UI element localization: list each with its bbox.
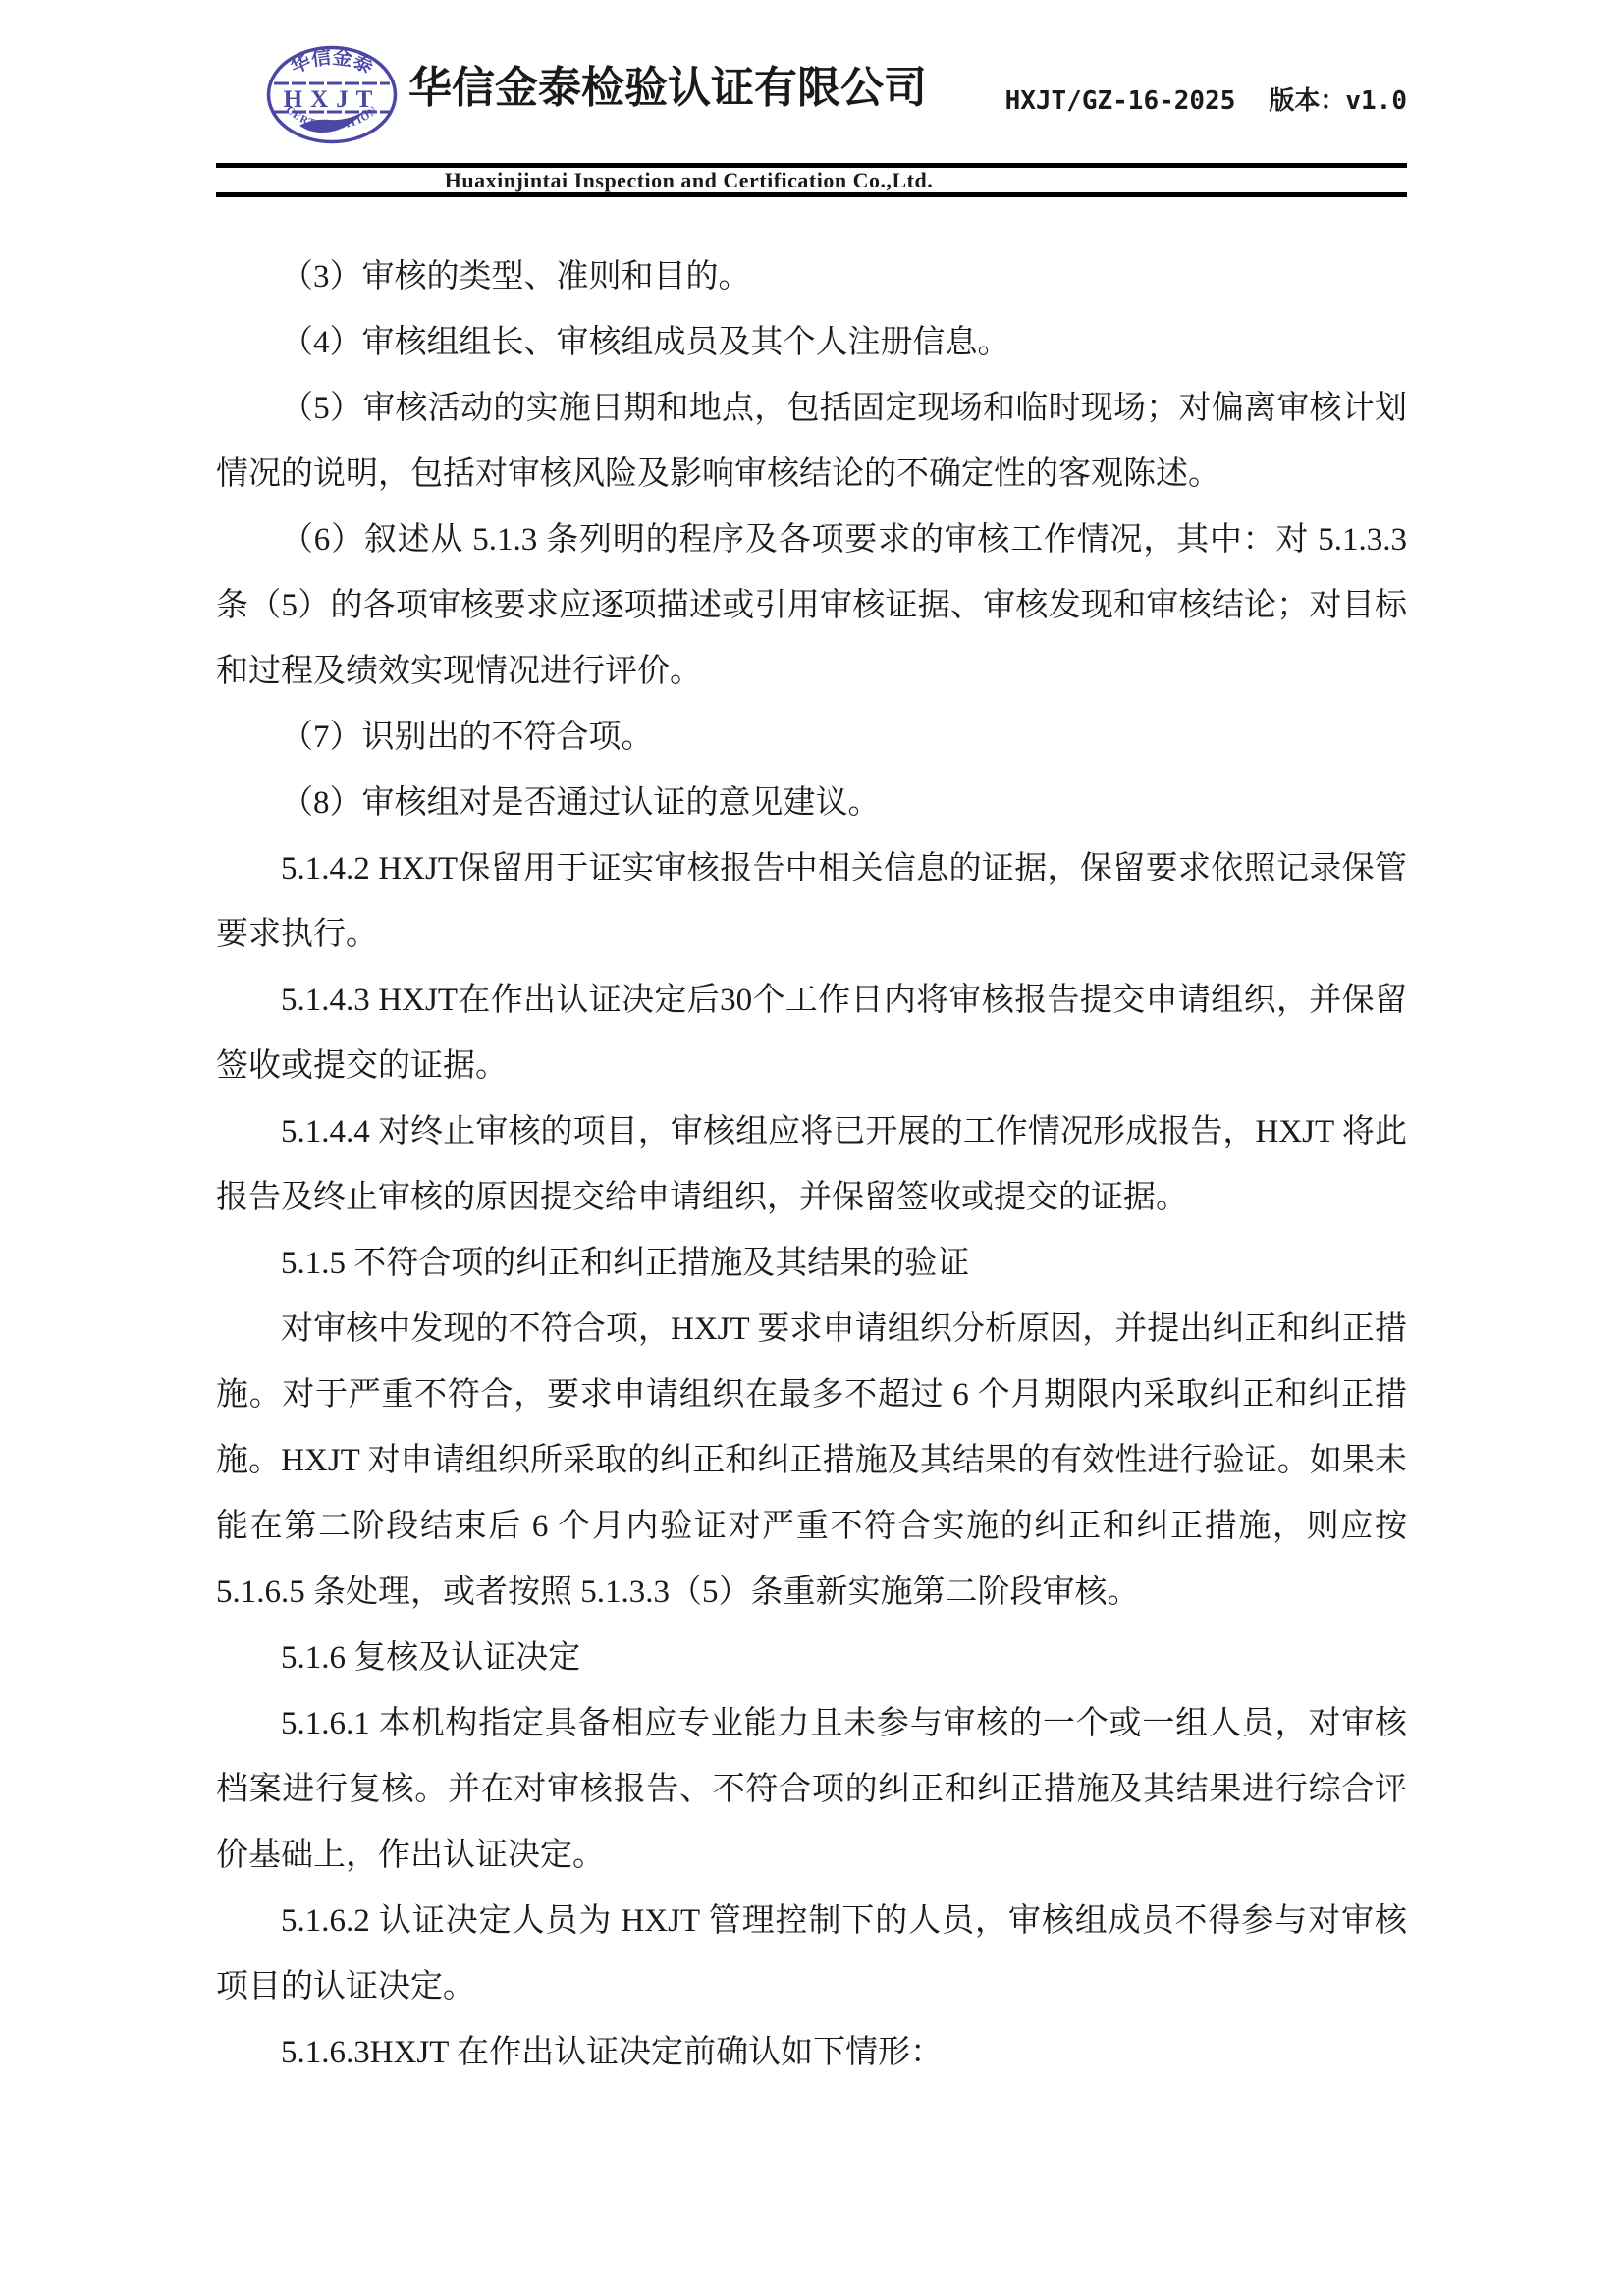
company-name-en-row: Huaxinjintai Inspection and Certificatio… — [216, 168, 1407, 192]
header-rule-bottom — [216, 192, 1407, 197]
paragraph: （7）识别出的不符合项。 — [216, 705, 1407, 771]
paragraph: 5.1.6 复核及认证决定 — [216, 1626, 1407, 1691]
paragraph: 5.1.6.2 认证决定人员为 HXJT 管理控制下的人员，审核组成员不得参与对… — [216, 1889, 1407, 2020]
paragraph: 5.1.6.3HXJT 在作出认证决定前确认如下情形： — [216, 2020, 1407, 2086]
paragraph: （8）审核组对是否通过认证的意见建议。 — [216, 771, 1407, 836]
stamp-logo-icon: 华信金泰 HXJT CERTIFICATION — [266, 45, 398, 145]
paragraph: （6）叙述从 5.1.3 条列明的程序及各项要求的审核工作情况，其中：对 5.1… — [216, 507, 1407, 705]
document-meta: HXJT/GZ-16-2025 版本：v1.0 — [1005, 80, 1407, 117]
paragraph: （4）审核组组长、审核组成员及其个人注册信息。 — [216, 310, 1407, 376]
paragraph: （3）审核的类型、准则和目的。 — [216, 244, 1407, 310]
document-body: （3）审核的类型、准则和目的。（4）审核组组长、审核组成员及其个人注册信息。（5… — [216, 244, 1407, 2086]
paragraph: 对审核中发现的不符合项，HXJT 要求申请组织分析原因，并提出纠正和纠正措施。对… — [216, 1297, 1407, 1626]
paragraph: 5.1.4.2 HXJT保留用于证实审核报告中相关信息的证据，保留要求依照记录保… — [216, 836, 1407, 968]
document-page: 华信金泰 HXJT CERTIFICATION 华信金泰检验认证有限公司 HXJ… — [0, 0, 1623, 2296]
paragraph: 5.1.5 不符合项的纠正和纠正措施及其结果的验证 — [216, 1231, 1407, 1297]
version-label: 版本：v1.0 — [1269, 80, 1407, 117]
paragraph: 5.1.4.4 对终止审核的项目，审核组应将已开展的工作情况形成报告，HXJT … — [216, 1099, 1407, 1231]
document-number: HXJT/GZ-16-2025 — [1005, 86, 1236, 116]
hxjt-certification-logo: 华信金泰 HXJT CERTIFICATION — [266, 45, 398, 145]
company-name-en: Huaxinjintai Inspection and Certificatio… — [445, 168, 933, 192]
paragraph: 5.1.6.1 本机构指定具备相应专业能力且未参与审核的一个或一组人员，对审核档… — [216, 1691, 1407, 1889]
logo-top-arc-text: 华信金泰 — [287, 45, 377, 78]
paragraph: （5）审核活动的实施日期和地点，包括固定现场和临时现场；对偏离审核计划情况的说明… — [216, 376, 1407, 507]
company-name-zh: 华信金泰检验认证有限公司 — [408, 63, 958, 114]
logo-monogram: HXJT — [284, 86, 381, 113]
paragraph: 5.1.4.3 HXJT在作出认证决定后30个工作日内将审核报告提交申请组织，并… — [216, 968, 1407, 1099]
